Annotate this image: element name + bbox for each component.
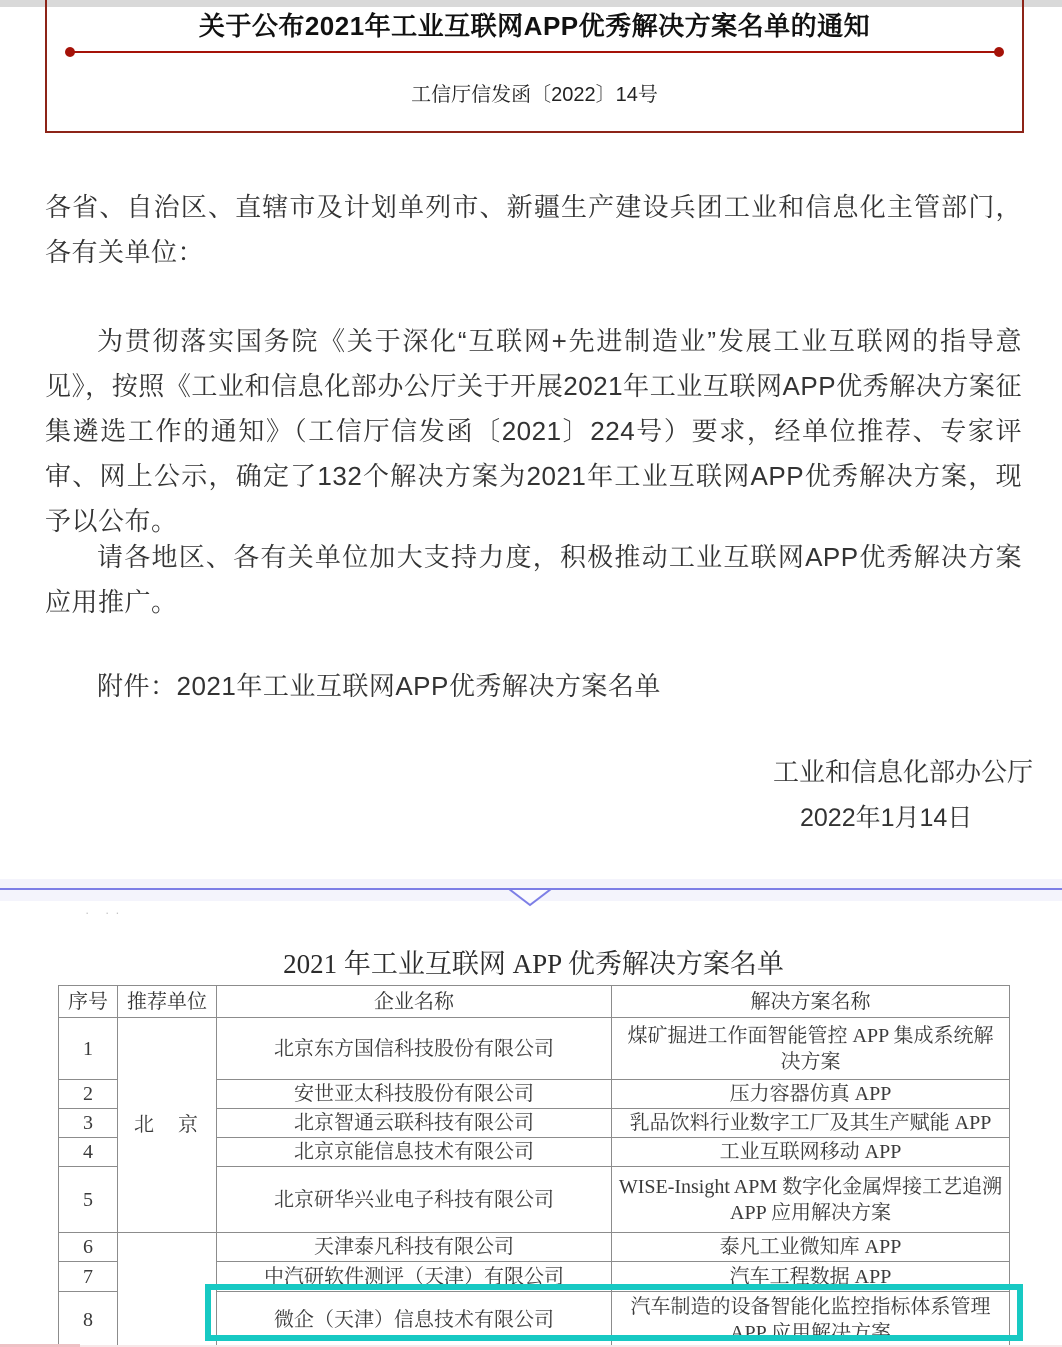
company-cell: 安世亚太科技股份有限公司 [217,1080,612,1109]
company-cell: 北京东方国信科技股份有限公司 [217,1018,612,1080]
serial-number-cell: 3 [59,1109,118,1138]
table-body: 1北 京北京东方国信科技股份有限公司煤矿掘进工作面智能管控 APP 集成系统解决… [59,1018,1010,1347]
solution-cell: 泰凡工业微知库 APP [612,1233,1010,1262]
promotion-paragraph: 请各地区、各有关单位加大支持力度，积极推动工业互联网APP优秀解决方案应用推广。 [45,535,1022,625]
document-number: 工信厅信发函〔2022〕14号 [47,78,1022,107]
serial-number-cell: 1 [59,1018,118,1080]
serial-number-cell: 5 [59,1167,118,1233]
solution-cell: 汽车工程数据 APP [612,1262,1010,1292]
notice-page: 关于公布2021年工业互联网APP优秀解决方案名单的通知 工信厅信发函〔2022… [0,0,1062,1347]
main-paragraph: 为贯彻落实国务院《关于深化“互联网+先进制造业”发展工业互联网的指导意见》，按照… [45,319,1022,544]
column-header-solution: 解决方案名称 [612,986,1010,1018]
company-cell: 北京智通云联科技有限公司 [217,1109,612,1138]
serial-number-cell: 2 [59,1080,118,1109]
solution-cell: 汽车制造的设备智能化监控指标体系管理 APP 应用解决方案 [612,1292,1010,1347]
signature-organization: 工业和信息化部办公厅 [773,750,1033,794]
recommender-cell-beijing: 北 京 [118,1018,217,1233]
column-header-recommender: 推荐单位 [118,986,217,1018]
attachment-table: 序号 推荐单位 企业名称 解决方案名称 1北 京北京东方国信科技股份有限公司煤矿… [58,985,1010,1347]
column-header-company: 企业名称 [217,986,612,1018]
table-row: 6天津泰凡科技有限公司泰凡工业微知库 APP [59,1233,1010,1262]
column-header-no: 序号 [59,986,118,1018]
solution-cell: 乳品饮料行业数字工厂及其生产赋能 APP [612,1109,1010,1138]
solution-cell: 工业互联网移动 APP [612,1138,1010,1167]
table-header-row: 序号 推荐单位 企业名称 解决方案名称 [59,986,1010,1018]
recommender-cell-tianjin [118,1233,217,1347]
signature-date: 2022年1月14日 [800,796,972,840]
solution-cell: 压力容器仿真 APP [612,1080,1010,1109]
notice-title: 关于公布2021年工业互联网APP优秀解决方案名单的通知 [47,6,1022,43]
scan-artifact: · ·· [85,905,126,920]
serial-number-cell: 6 [59,1233,118,1262]
notice-header-box: 关于公布2021年工业互联网APP优秀解决方案名单的通知 工信厅信发函〔2022… [45,0,1024,133]
company-cell: 北京研华兴业电子科技有限公司 [217,1167,612,1233]
company-cell: 微企（天津）信息技术有限公司 [217,1292,612,1347]
attachment-table-title: 2021 年工业互联网 APP 优秀解决方案名单 [58,942,1009,981]
attachment-line: 附件：2021年工业互联网APP优秀解决方案名单 [45,664,1022,709]
company-cell: 北京京能信息技术有限公司 [217,1138,612,1167]
chevron-down-icon[interactable] [508,888,552,908]
solution-cell: WISE-Insight APM 数字化金属焊接工艺追溯 APP 应用解决方案 [612,1167,1010,1233]
decorative-red-line [69,51,1000,53]
company-cell: 天津泰凡科技有限公司 [217,1233,612,1262]
serial-number-cell: 8 [59,1292,118,1347]
company-cell: 中汽研软件测评（天津）有限公司 [217,1262,612,1292]
table-row: 1北 京北京东方国信科技股份有限公司煤矿掘进工作面智能管控 APP 集成系统解决… [59,1018,1010,1080]
serial-number-cell: 7 [59,1262,118,1292]
salutation-paragraph: 各省、自治区、直辖市及计划单列市、新疆生产建设兵团工业和信息化主管部门，各有关单… [45,185,1022,275]
serial-number-cell: 4 [59,1138,118,1167]
solution-cell: 煤矿掘进工作面智能管控 APP 集成系统解决方案 [612,1018,1010,1080]
